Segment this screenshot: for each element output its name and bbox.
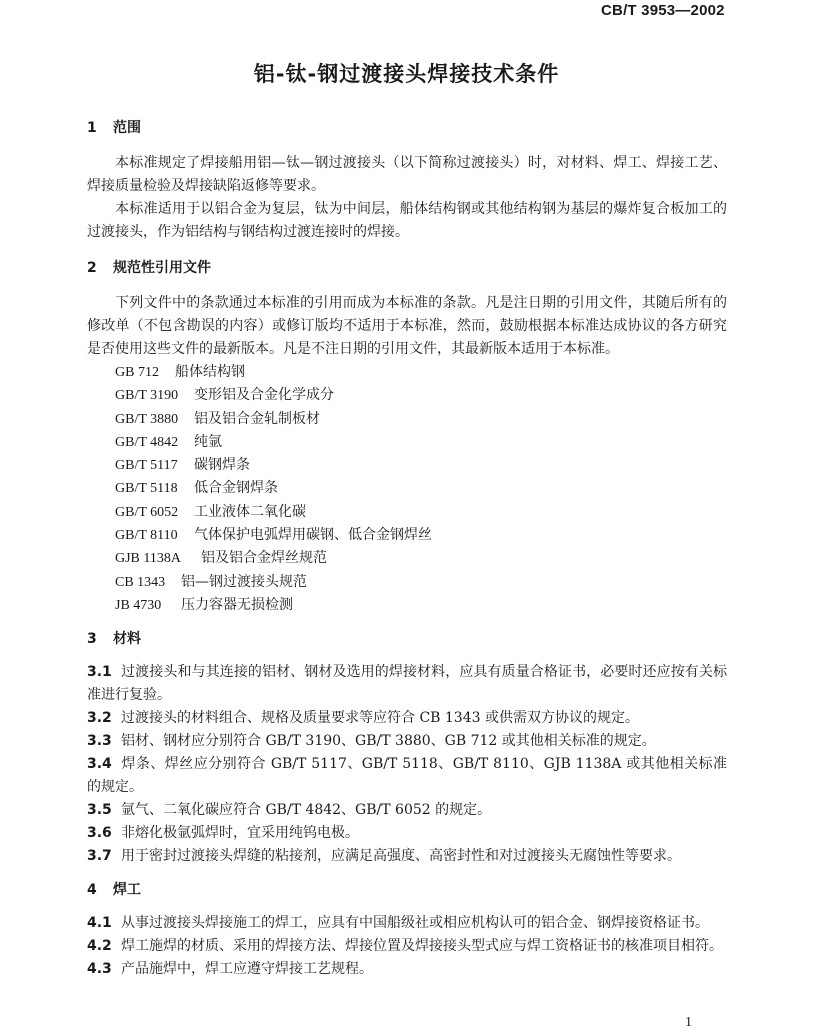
reference-name: 工业液体二氧化碳 [194, 504, 306, 520]
reference-item: GB/T 5118低合金钢焊条 [115, 477, 727, 500]
reference-list: GB 712船体结构钢 GB/T 3190变形铝及合金化学成分 GB/T 388… [115, 361, 727, 617]
clause-number: 3.2 [87, 707, 121, 730]
clause-number: 3.6 [87, 822, 121, 845]
clause-text: 铝材、钢材应分别符合 GB/T 3190、GB/T 3880、GB 712 或其… [121, 733, 656, 749]
clause-text: 非熔化极氩弧焊时，宜采用纯钨电极。 [121, 825, 359, 841]
clause-text: 产品施焊中，焊工应遵守焊接工艺规程。 [121, 961, 373, 977]
reference-item: GB/T 4842纯氩 [115, 431, 727, 454]
clause-number: 3.3 [87, 730, 121, 753]
clause: 3.5氩气、二氧化碳应符合 GB/T 4842、GB/T 6052 的规定。 [87, 799, 727, 822]
reference-name: 气体保护电弧焊用碳钢、低合金钢焊丝 [194, 527, 432, 543]
clause: 4.1从事过渡接头焊接施工的焊工，应具有中国船级社或相应机构认可的铝合金、钢焊接… [87, 912, 727, 935]
reference-name: 低合金钢焊条 [194, 480, 278, 496]
reference-item: GB 712船体结构钢 [115, 361, 727, 384]
document-body: 1范围 本标准规定了焊接船用铝—钛—钢过渡接头（以下简称过渡接头）时，对材料、焊… [87, 118, 727, 981]
clause-text: 从事过渡接头焊接施工的焊工，应具有中国船级社或相应机构认可的铝合金、钢焊接资格证… [121, 915, 709, 931]
reference-name: 铝及铝合金轧制板材 [194, 411, 320, 427]
reference-name: 纯氩 [194, 434, 222, 450]
reference-name: 碳钢焊条 [194, 457, 250, 473]
clause: 3.1过渡接头和与其连接的铝材、钢材及选用的焊接材料，应具有质量合格证书，必要时… [87, 661, 727, 707]
reference-item: JB 4730压力容器无损检测 [115, 594, 727, 617]
reference-code: JB 4730 [115, 594, 181, 617]
section-title: 材料 [113, 631, 141, 647]
clause-text: 氩气、二氧化碳应符合 GB/T 4842、GB/T 6052 的规定。 [121, 802, 491, 818]
clause-number: 3.4 [87, 753, 121, 776]
reference-code: GB/T 8110 [115, 524, 194, 547]
clause-text: 焊工施焊的材质、采用的焊接方法、焊接位置及焊接接头型式应与焊工资格证书的核准项目… [121, 938, 723, 954]
section-title: 焊工 [113, 882, 141, 898]
paragraph: 本标准适用于以铝合金为复层，钛为中间层，船体结构钢或其他结构钢为基层的爆炸复合板… [87, 198, 727, 244]
reference-name: 铝—钢过渡接头规范 [181, 574, 307, 590]
clause-number: 4.3 [87, 958, 121, 981]
section-number: 3 [87, 629, 113, 649]
clause-number: 4.1 [87, 912, 121, 935]
reference-item: GB/T 3190变形铝及合金化学成分 [115, 384, 727, 407]
reference-code: GB/T 3880 [115, 408, 194, 431]
clause: 3.4焊条、焊丝应分别符合 GB/T 5117、GB/T 5118、GB/T 8… [87, 753, 727, 799]
reference-code: GB/T 4842 [115, 431, 194, 454]
clause: 3.3铝材、钢材应分别符合 GB/T 3190、GB/T 3880、GB 712… [87, 730, 727, 753]
paragraph: 下列文件中的条款通过本标准的引用而成为本标准的条款。凡是注日期的引用文件，其随后… [87, 292, 727, 361]
clause: 3.6非熔化极氩弧焊时，宜采用纯钨电极。 [87, 822, 727, 845]
clause: 3.2过渡接头的材料组合、规格及质量要求等应符合 CB 1343 或供需双方协议… [87, 707, 727, 730]
clause-number: 3.1 [87, 661, 121, 684]
reference-item: GJB 1138A铝及铝合金焊丝规范 [115, 547, 727, 570]
section-heading-welders: 4焊工 [87, 880, 727, 900]
reference-item: CB 1343铝—钢过渡接头规范 [115, 571, 727, 594]
clause-number: 3.5 [87, 799, 121, 822]
clause-text: 过渡接头的材料组合、规格及质量要求等应符合 CB 1343 或供需双方协议的规定… [121, 710, 639, 726]
clause: 4.3产品施焊中，焊工应遵守焊接工艺规程。 [87, 958, 727, 981]
section-heading-scope: 1范围 [87, 118, 727, 138]
reference-name: 变形铝及合金化学成分 [194, 387, 334, 403]
clause-text: 用于密封过渡接头焊缝的粘接剂，应满足高强度、高密封性和对过渡接头无腐蚀性等要求。 [121, 848, 681, 864]
paragraph: 本标准规定了焊接船用铝—钛—钢过渡接头（以下简称过渡接头）时，对材料、焊工、焊接… [87, 152, 727, 198]
reference-code: GB 712 [115, 361, 175, 384]
reference-name: 船体结构钢 [175, 364, 245, 380]
reference-code: CB 1343 [115, 571, 181, 594]
reference-item: GB/T 8110气体保护电弧焊用碳钢、低合金钢焊丝 [115, 524, 727, 547]
reference-code: GB/T 5118 [115, 477, 194, 500]
reference-name: 压力容器无损检测 [181, 597, 293, 613]
clause-number: 3.7 [87, 845, 121, 868]
reference-code: GB/T 6052 [115, 501, 194, 524]
section-title: 规范性引用文件 [113, 260, 211, 276]
clause-text: 过渡接头和与其连接的铝材、钢材及选用的焊接材料，应具有质量合格证书，必要时还应按… [87, 664, 727, 703]
reference-item: GB/T 6052工业液体二氧化碳 [115, 501, 727, 524]
standard-code: CB/T 3953—2002 [601, 2, 725, 19]
reference-name: 铝及铝合金焊丝规范 [201, 550, 327, 566]
reference-code: GJB 1138A [115, 547, 201, 570]
clause: 3.7用于密封过渡接头焊缝的粘接剂，应满足高强度、高密封性和对过渡接头无腐蚀性等… [87, 845, 727, 868]
section-heading-normative-references: 2规范性引用文件 [87, 258, 727, 278]
section-title: 范围 [113, 120, 141, 136]
clause-text: 焊条、焊丝应分别符合 GB/T 5117、GB/T 5118、GB/T 8110… [87, 756, 727, 795]
section-number: 2 [87, 258, 113, 278]
reference-code: GB/T 3190 [115, 384, 194, 407]
reference-code: GB/T 5117 [115, 454, 194, 477]
reference-item: GB/T 5117碳钢焊条 [115, 454, 727, 477]
page-number: 1 [685, 1015, 692, 1031]
document-title: 铝-钛-钢过渡接头焊接技术条件 [0, 58, 813, 88]
clause: 4.2焊工施焊的材质、采用的焊接方法、焊接位置及焊接接头型式应与焊工资格证书的核… [87, 935, 727, 958]
section-number: 4 [87, 880, 113, 900]
section-heading-materials: 3材料 [87, 629, 727, 649]
section-number: 1 [87, 118, 113, 138]
reference-item: GB/T 3880铝及铝合金轧制板材 [115, 408, 727, 431]
clause-number: 4.2 [87, 935, 121, 958]
